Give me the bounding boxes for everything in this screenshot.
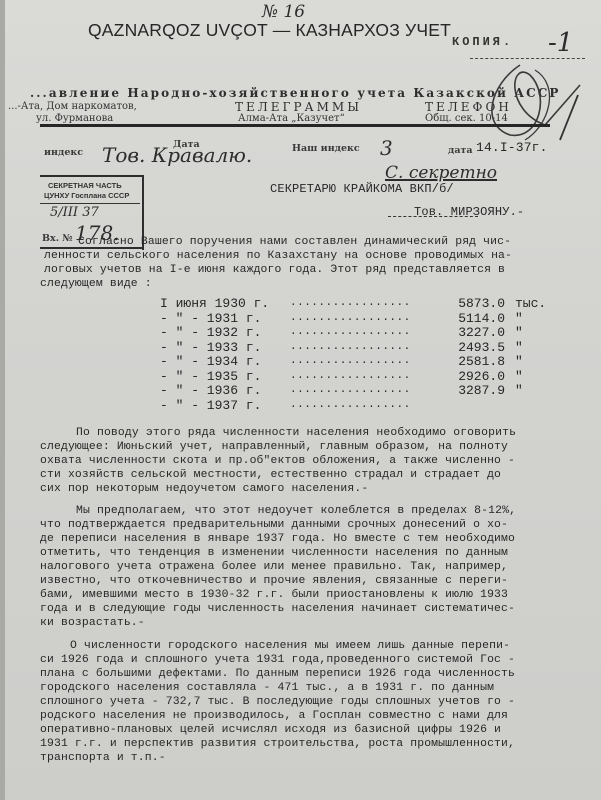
row-value: 3227.0 <box>445 325 505 340</box>
row-leader-dots: ................. <box>290 355 411 367</box>
paragraph4-line: транспорта и т.п.- <box>40 752 166 764</box>
paragraph3-line: ки возрастать.- <box>40 617 145 629</box>
row-date: - " - 1932 г. <box>160 325 280 340</box>
letterhead-rule <box>40 124 550 127</box>
row-date: - " - 1934 г. <box>160 354 280 369</box>
paragraph3-line: известно, что откочевничество и прочие я… <box>40 575 508 587</box>
intro-line: логовых учетов на I-е июня каждого года.… <box>44 264 505 276</box>
copy-mark: КОПИЯ. <box>452 35 513 49</box>
row-date: - " - 1935 г. <box>160 369 280 384</box>
stamp-line-1: СЕКРЕТНАЯ ЧАСТЬ <box>48 181 122 190</box>
row-date: - " - 1937 г. <box>160 398 280 413</box>
row-value: 2581.8 <box>445 354 505 369</box>
row-value: 5873.0 <box>445 296 505 311</box>
masthead-title: QAZNARQOZ UVÇOT — КАЗНАРХОЗ УЧЕТ <box>88 20 451 41</box>
address-line-2: ул. Фурманова <box>36 113 113 124</box>
paragraph4-line: родского населения не производилось, а Г… <box>40 710 508 722</box>
row-leader-dots: ................. <box>290 384 411 396</box>
paragraph3-line: Мы предполагаем, что этот недоучет колеб… <box>76 505 516 517</box>
row-unit: " <box>515 340 523 355</box>
row-leader-dots: ................. <box>290 312 411 324</box>
row-leader-dots: ................. <box>290 326 411 338</box>
recipient-underline <box>388 216 478 217</box>
row-unit: " <box>515 354 523 369</box>
row-leader-dots: ................. <box>290 341 411 353</box>
row-date: - " - 1936 г. <box>160 383 280 398</box>
row-leader-dots: ................. <box>290 370 411 382</box>
paragraph3-line: налогового учета отражена более или мене… <box>40 561 508 573</box>
paragraph3-line: что подтверждается предварительными данн… <box>40 519 508 531</box>
row-date: - " - 1933 г. <box>160 340 280 355</box>
row-leader-dots: ................. <box>290 399 411 411</box>
our-index-value: 3 <box>380 136 393 160</box>
paragraph4-line: сплошного учета - 732,7 тыс. В последующ… <box>40 696 515 708</box>
row-unit: " <box>515 383 523 398</box>
row-unit: " <box>515 325 523 340</box>
row-value: 2926.0 <box>445 369 505 384</box>
row-value: 5114.0 <box>445 311 505 326</box>
paragraph2-line: По поводу этого ряда численности населен… <box>76 427 516 439</box>
date-value: 14.I-37г. <box>476 140 548 155</box>
paragraph2-line: следующее: Июньский учет, направленный, … <box>40 441 508 453</box>
row-unit: " <box>515 311 523 326</box>
paragraph4-line: городского населения составляла - 471 ты… <box>40 682 494 694</box>
address-line-1: ...-Ата, Дом наркоматов, <box>8 101 137 112</box>
our-index-label: Наш индекс <box>292 143 360 154</box>
incoming-label: Вх. № <box>42 233 73 244</box>
stamp-line-2: ЦУНХУ Госплана СССР <box>44 191 129 200</box>
intro-line: следующем виде : <box>40 278 152 290</box>
row-leader-dots: ................. <box>290 297 411 309</box>
handwritten-margin-mark: -1 <box>548 28 573 58</box>
stamp-date: 5/III 37 <box>50 205 99 220</box>
telegram-label: ТЕЛЕГРАММЫ <box>235 100 362 114</box>
paragraph4-line: плана с большими дефектами. По данным пе… <box>40 668 515 680</box>
paragraph3-line: бами, имевшими место в 1930-32 г.г. были… <box>40 589 508 601</box>
handwritten-addressee: Тов. Кравалю. <box>102 143 252 167</box>
paragraph3-line: де переписи населения в январе 1937 года… <box>40 533 515 545</box>
telegram-address: Алма-Ата „Казучет“ <box>238 113 345 124</box>
paragraph3-line: года и в следующие годы численность насе… <box>40 603 515 615</box>
document-page: № 16 QAZNARQOZ UVÇOT — КАЗНАРХОЗ УЧЕТ КО… <box>0 0 601 800</box>
your-index-label: индекс <box>44 147 83 158</box>
signature-scribble-icon <box>450 55 590 145</box>
intro-line: Согласно Вашего поручения нами составлен… <box>78 236 511 248</box>
paragraph2-line: охвата численности скота и пр.об"ектов о… <box>40 455 515 467</box>
recipient-line-1: СЕКРЕТАРЮ КРАЙКОМА ВКП/б/ <box>270 182 454 196</box>
paragraph3-line: отметить, что тенденция в изменении числ… <box>40 547 508 559</box>
row-unit: " <box>515 369 523 384</box>
paragraph4-line: оперативно-плановых целей исчислял исход… <box>40 724 501 736</box>
paragraph4-line: 1931 г.г. и перспектив развития строител… <box>40 738 515 750</box>
classification-mark: С. секретно <box>385 163 497 183</box>
page-edge <box>0 0 5 800</box>
stamp-divider <box>40 203 140 204</box>
paragraph4-line: О численности городского населения мы им… <box>70 640 510 652</box>
row-date: I июня 1930 г. <box>160 296 280 311</box>
paragraph2-line: сих пор некоторым недоучетом самого насе… <box>40 483 368 495</box>
intro-line: ленности сельского населения по Казахста… <box>44 250 512 262</box>
paragraph4-line: си 1926 года и сплошного учета 1931 года… <box>40 654 515 666</box>
row-value: 2493.5 <box>445 340 505 355</box>
row-value: 3287.9 <box>445 383 505 398</box>
handwritten-number: № 16 <box>262 2 305 22</box>
row-date: - " - 1931 г. <box>160 311 280 326</box>
date-label: дата <box>448 145 473 156</box>
paragraph2-line: сти хозяйств сельской местности, естеств… <box>40 469 501 481</box>
row-unit: тыс. <box>515 296 546 311</box>
